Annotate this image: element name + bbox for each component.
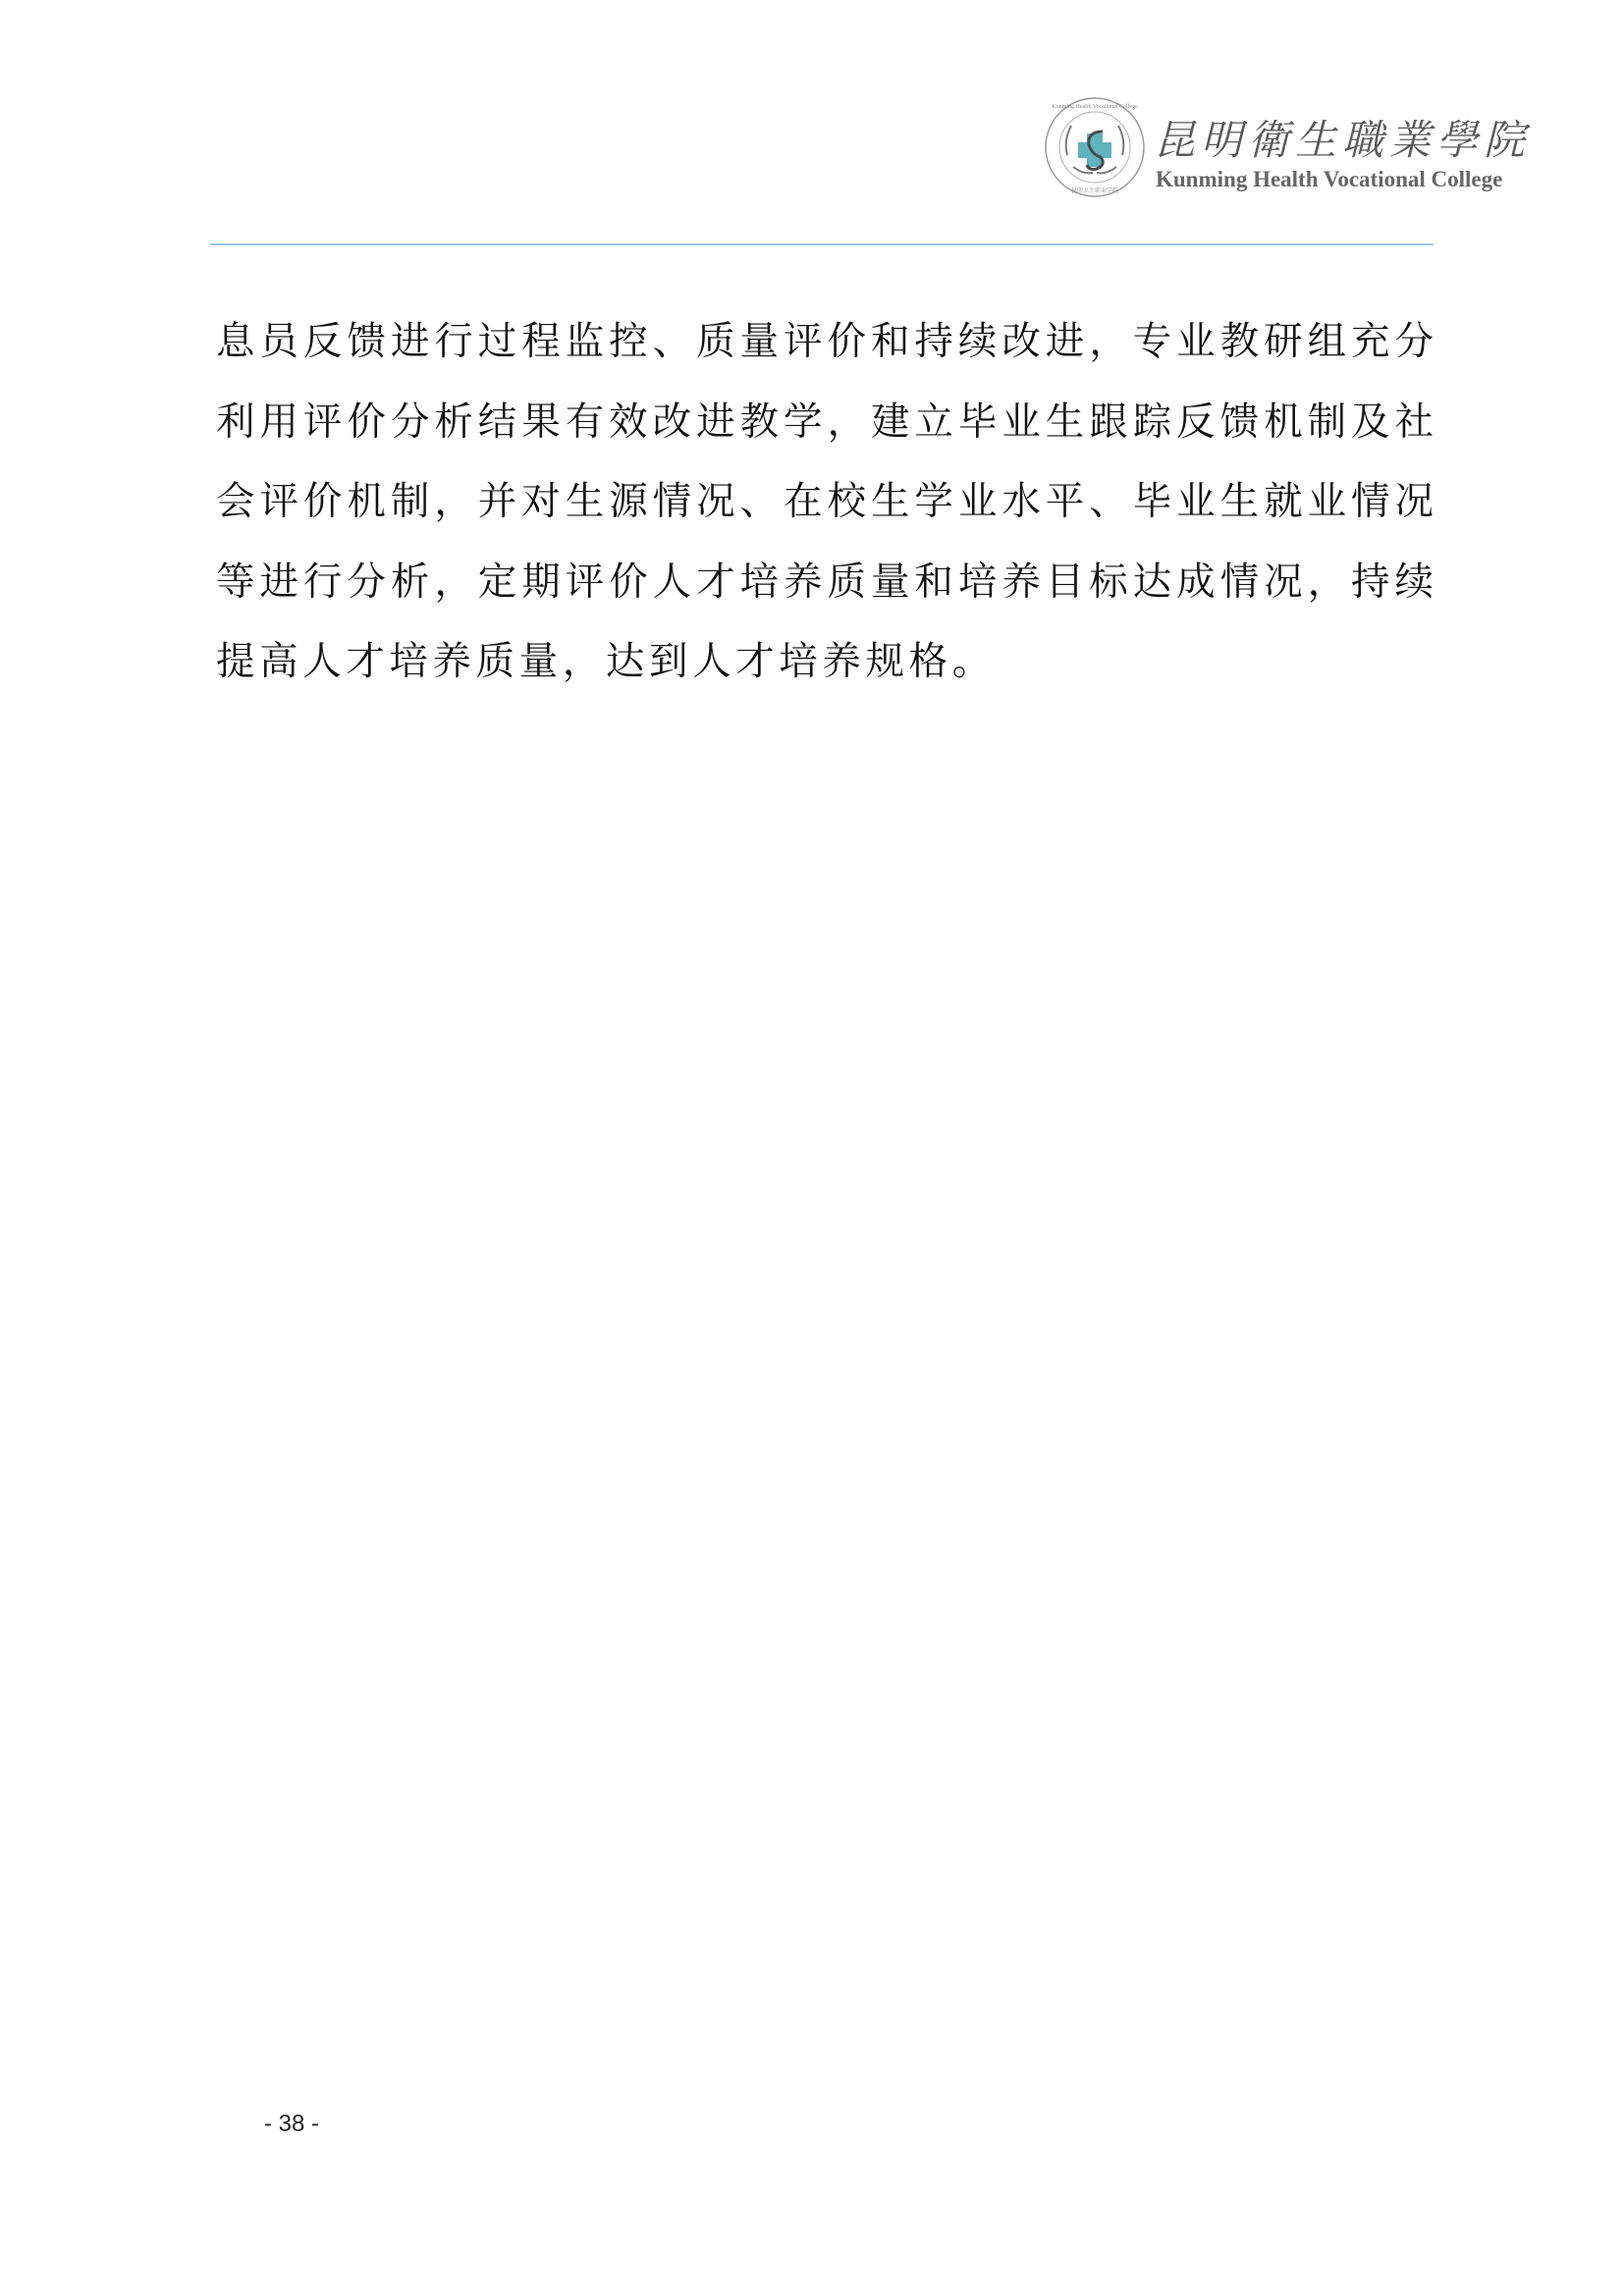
svg-text:昆明卫生职业学院: 昆明卫生职业学院 bbox=[1071, 187, 1118, 194]
paragraph-line: 利用评价分析结果有效改进教学，建立毕业生跟踪反馈机制及社 bbox=[216, 387, 1434, 467]
paragraph-line: 提高人才培养质量，达到人才培养规格。 bbox=[216, 626, 1434, 707]
header-divider bbox=[210, 243, 1434, 245]
svg-text:Kunming Health Vocational Coll: Kunming Health Vocational College bbox=[1052, 104, 1138, 110]
page-number: - 38 - bbox=[264, 2110, 319, 2138]
college-name-english: Kunming Health Vocational College bbox=[1156, 167, 1502, 192]
paragraph-line: 会评价机制，并对生源情况、在校生学业水平、毕业生就业情况 bbox=[216, 466, 1434, 547]
college-seal-icon: Kunming Health Vocational College 昆明卫生职业… bbox=[1044, 96, 1146, 198]
college-name-chinese: 昆明衛生職業學院 bbox=[1154, 108, 1531, 167]
body-paragraph: 息员反馈进行过程监控、质量评价和持续改进，专业教研组充分 利用评价分析结果有效改… bbox=[216, 306, 1434, 707]
paragraph-line: 息员反馈进行过程监控、质量评价和持续改进，专业教研组充分 bbox=[216, 306, 1434, 387]
college-logo: Kunming Health Vocational College 昆明卫生职业… bbox=[1044, 96, 1513, 200]
paragraph-line: 等进行分析，定期评价人才培养质量和培养目标达成情况，持续 bbox=[216, 547, 1434, 627]
